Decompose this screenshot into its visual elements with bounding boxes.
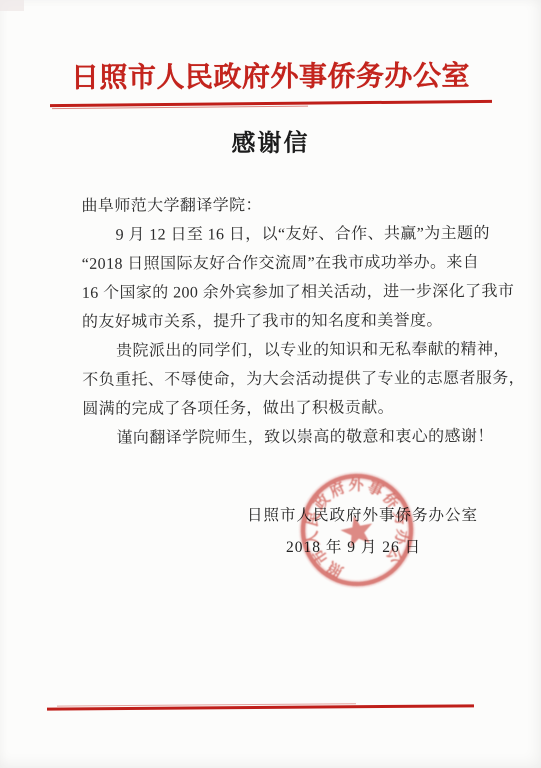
star-icon [338,512,376,549]
body-line: 16 个国家的 200 余外宾参加了相关活动，进一步深化了我市 [82,277,482,308]
letterhead-org-name: 日照市人民政府外事侨务办公室 [0,60,541,97]
salutation: 曲阜师范大学翻译学院： [81,190,481,221]
body-line: 圆满的完成了各项任务，做出了积极贡献。 [82,393,482,424]
closing-line: 谨向翻译学院师生，致以崇高的敬意和衷心的感谢！ [82,422,482,453]
scan-artifact [0,0,24,11]
official-seal: 日照市人民政府外事侨务办公室 [262,435,452,625]
body-line: 贵院派出的同学们，以专业的知识和无私奉献的精神， [82,335,482,366]
body-line: 的友好城市关系，提升了我市的知名度和美誉度。 [82,306,482,337]
letter-body: 曲阜师范大学翻译学院： 9 月 12 日至 16 日，以“友好、合作、共赢”为主… [81,190,482,453]
letter-title: 感谢信 [0,128,541,161]
body-line: 9 月 12 日至 16 日，以“友好、合作、共赢”为主题的 [82,219,482,250]
letter-page: 日照市人民政府外事侨务办公室 感谢信 曲阜师范大学翻译学院： 9 月 12 日至… [0,0,541,768]
body-line: “2018 日照国际友好合作交流周”在我市成功举办。来自 [82,248,482,279]
body-line: 不负重托、不辱使命，为大会活动提供了专业的志愿者服务， [82,364,482,395]
footer-rule [47,704,474,710]
letterhead-rule [50,100,492,107]
